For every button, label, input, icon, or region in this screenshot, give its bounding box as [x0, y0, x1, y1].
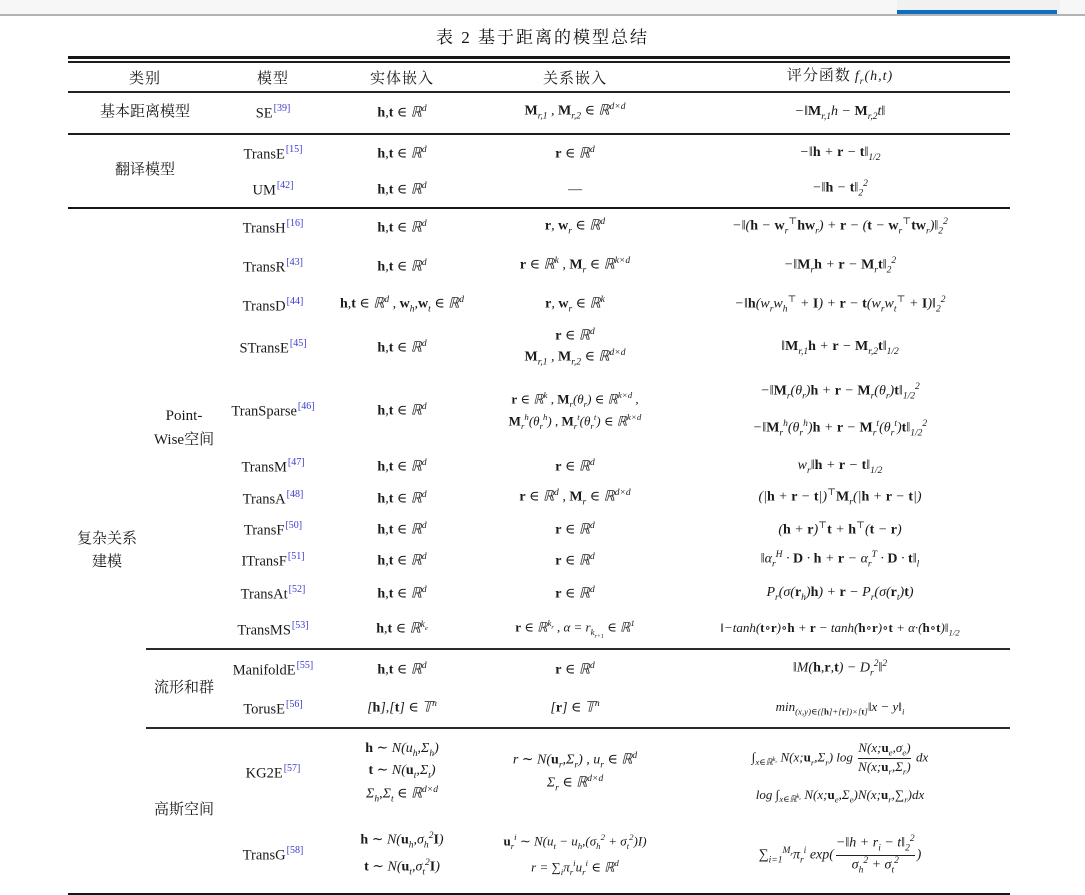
score-function-cell: −‖(h − wr⊤hwr) + r − (t − wr⊤twr)‖22 — [670, 209, 1010, 247]
section-translation: 翻译模型 TransE[15] h,t ∈ ℝd r ∈ ℝd −‖h + r … — [68, 135, 1010, 209]
entity-embedding-cell: h,t ∈ ℝke — [324, 611, 480, 648]
table-row: STransE[45] h,t ∈ ℝd r ∈ ℝd Mr,1 , Mr,2 … — [222, 325, 1010, 371]
category-cell: 基本距离模型 — [68, 93, 222, 133]
formula: Σh,Σt ∈ ℝd×d — [366, 784, 438, 807]
relation-embedding-cell: r ∈ ℝd — [480, 451, 670, 483]
score-function-cell: Pr(σ(rh)h) + r − Pr(σ(rt)t) — [670, 577, 1010, 611]
entity-embedding-cell: h,t ∈ ℝd — [324, 451, 480, 483]
model-name: TranSparse — [231, 404, 297, 420]
table-row: ITransF[51] h,t ∈ ℝd r ∈ ℝd ‖αrH · D · h… — [222, 545, 1010, 577]
entity-embedding-cell: h,t ∈ ℝd — [324, 135, 480, 173]
entity-embedding-cell: h,t ∈ ℝd — [324, 545, 480, 577]
formula: ∑i=1Mrπri exp(−‖h + ri − t‖22σh2 + σt2) — [759, 834, 922, 877]
relation-embedding-cell: r ∈ ℝd — [480, 135, 670, 173]
formula: h,t ∈ ℝd — [377, 218, 426, 239]
formula: r ∈ ℝk , Mr ∈ ℝk×d — [520, 255, 630, 278]
relation-embedding-cell: — — [480, 173, 670, 207]
formula: −‖h + r − t‖1/2 — [799, 143, 880, 166]
table-top-rule — [68, 56, 1010, 59]
model-name: TransD — [243, 299, 286, 315]
model-cell: ManifoldE[55] — [222, 650, 324, 690]
subsection-manifold-group: 流形和群 ManifoldE[55] h,t ∈ ℝd r ∈ ℝd ‖M(h,… — [146, 648, 1010, 727]
score-function-cell: (|h + r − t|)⊤Mr(|h + r − t|) — [670, 483, 1010, 515]
model-cell: TransE[15] — [222, 135, 324, 173]
formula: h,t ∈ ℝd — [377, 551, 426, 572]
table-row: TransF[50] h,t ∈ ℝd r ∈ ℝd (h + r)⊤t + h… — [222, 515, 1010, 545]
formula: Pr(σ(rh)h) + r − Pr(σ(rt)t) — [766, 583, 913, 606]
score-function-cell: −‖h − t‖22 — [670, 173, 1010, 207]
formula: min(x,y)∈([h]+[r])×[t]‖x − y‖i — [776, 698, 905, 718]
table-row: TransH[16] h,t ∈ ℝd r, wr ∈ ℝd −‖(h − wr… — [222, 209, 1010, 247]
model-cell: UM[42] — [222, 173, 324, 207]
relation-embedding-cell: r, wr ∈ ℝk — [480, 287, 670, 325]
relation-embedding-cell: r ∈ ℝd Mr,1 , Mr,2 ∈ ℝd×d — [480, 325, 670, 371]
citation-link[interactable]: [52] — [289, 584, 306, 595]
formula: ‖−tanh(t∘r)∘h + r − tanh(h∘r)∘t + α·(h∘t… — [720, 619, 959, 639]
subcategory-cell: Point- Wise空间 — [146, 209, 222, 648]
formula: h,t ∈ ℝd — [377, 520, 426, 541]
citation-link[interactable]: [56] — [286, 699, 303, 710]
formula: r ∈ ℝk , Mr(θr) ∈ ℝk×d , — [511, 389, 638, 411]
section-complex-relation: 复杂关系 建模 Point- Wise空间 TransH[16] h,t ∈ ℝ… — [68, 209, 1010, 893]
model-name: TransAt — [241, 587, 288, 603]
citation-link[interactable]: [48] — [287, 489, 304, 500]
formula: [r] ∈ 𝕋n — [550, 698, 599, 719]
formula: r ∈ ℝd — [555, 584, 594, 605]
model-name: SE — [256, 106, 273, 122]
table-row: TransG[58] h ∼ N(uh,σh2I) t ∼ N(ut,σt2I)… — [222, 817, 1010, 893]
formula: [h],[t] ∈ 𝕋n — [367, 698, 437, 719]
table-row: TransA[48] h,t ∈ ℝd r ∈ ℝd , Mr ∈ ℝd×d (… — [222, 483, 1010, 515]
entity-embedding-cell: h,t ∈ ℝd , wh,wt ∈ ℝd — [324, 287, 480, 325]
relation-embedding-cell: r ∈ ℝkr , α = rkr+1 ∈ ℝ1 — [480, 611, 670, 648]
formula: h ∼ N(uh,Σh) — [365, 739, 439, 762]
category-cell: 复杂关系 建模 — [68, 209, 146, 893]
score-function-math: fr(h,t) — [855, 69, 893, 84]
table-row: TransR[43] h,t ∈ ℝd r ∈ ℝk , Mr ∈ ℝk×d −… — [222, 247, 1010, 287]
formula: h,t ∈ ℝke — [376, 619, 428, 640]
citation-link[interactable]: [47] — [288, 457, 305, 468]
model-cell: SE[39] — [222, 93, 324, 133]
formula: r ∈ ℝd — [555, 457, 594, 478]
formula: h,t ∈ ℝd — [377, 457, 426, 478]
citation-link[interactable]: [42] — [277, 180, 294, 191]
table-row: ManifoldE[55] h,t ∈ ℝd r ∈ ℝd ‖M(h,r,t) … — [222, 650, 1010, 690]
entity-embedding-cell: [h],[t] ∈ 𝕋n — [324, 690, 480, 727]
model-cell: TorusE[56] — [222, 690, 324, 727]
model-cell: TransA[48] — [222, 483, 324, 515]
score-function-cell: −‖Mr(θr)h + r − Mr(θr)t‖1/22 −‖Mrh(θrh)h… — [670, 371, 1010, 451]
formula: h,t ∈ ℝd — [377, 489, 426, 510]
formula: (|h + r − t|)⊤Mr(|h + r − t|) — [758, 487, 921, 510]
relation-embedding-cell: Mr,1 , Mr,2 ∈ ℝd×d — [480, 93, 670, 133]
formula: ∫x∈ℝke N(x;ur,Σr) log N(x;ue,σe)N(x;ur,Σ… — [752, 740, 928, 777]
formula: ‖αrH · D · h + r − αrT · D · t‖l — [761, 549, 920, 572]
subsection-pointwise: Point- Wise空间 TransH[16] h,t ∈ ℝd r, wr … — [146, 209, 1010, 648]
relation-embedding-cell: r ∈ ℝd — [480, 650, 670, 690]
score-function-cell: −‖Mr,1h − Mr,2t‖ — [670, 93, 1010, 133]
table-caption: 表 2 基于距离的模型总结 — [0, 23, 1085, 48]
model-cell: ITransF[51] — [222, 545, 324, 577]
formula: h,t ∈ ℝd — [377, 257, 426, 278]
formula: — — [568, 180, 582, 200]
formula: r = ∑iπriuri ∈ ℝd — [531, 857, 619, 879]
formula: ‖M(h,r,t) − Dr2‖2 — [793, 658, 887, 681]
score-function-cell: ‖Mr,1h + r − Mr,2t‖1/2 — [670, 325, 1010, 371]
formula: −‖h(wrwh⊤ + I) + r − t(wrwt⊤ + I)‖22 — [735, 294, 946, 317]
browser-toolbar — [0, 0, 1085, 16]
citation-link[interactable]: [50] — [285, 520, 302, 531]
formula: ‖Mr,1h + r − Mr,2t‖1/2 — [781, 337, 899, 360]
relation-embedding-cell: [r] ∈ 𝕋n — [480, 690, 670, 727]
score-function-cell: ‖αrH · D · h + r − αrT · D · t‖l — [670, 545, 1010, 577]
citation-link[interactable]: [46] — [298, 401, 315, 412]
formula: h,t ∈ ℝd — [377, 401, 426, 422]
table-row: TorusE[56] [h],[t] ∈ 𝕋n [r] ∈ 𝕋n min(x,y… — [222, 690, 1010, 727]
formula: r ∈ ℝd — [555, 551, 594, 572]
formula: r ∈ ℝkr , α = rkr+1 ∈ ℝ1 — [515, 617, 635, 641]
subsection-gaussian: 高斯空间 KG2E[57] h ∼ N(uh,Σh) t ∼ N(ut,Σt) … — [146, 727, 1010, 893]
citation-link[interactable]: [16] — [287, 218, 304, 229]
relation-embedding-cell: r ∈ ℝd , Mr ∈ ℝd×d — [480, 483, 670, 515]
model-name: TransG — [243, 848, 286, 864]
score-function-cell: ‖M(h,r,t) − Dr2‖2 — [670, 650, 1010, 690]
model-cell: TransD[44] — [222, 287, 324, 325]
header-relation-embedding: 关系嵌入 — [480, 63, 670, 91]
model-cell: TranSparse[46] — [222, 371, 324, 451]
model-cell: TransAt[52] — [222, 577, 324, 611]
model-name: TorusE — [243, 701, 285, 717]
formula: −‖(h − wr⊤hwr) + r − (t − wr⊤twr)‖22 — [732, 216, 948, 239]
model-name: KG2E — [246, 766, 283, 782]
model-cell: TransG[58] — [222, 817, 324, 893]
score-function-cell: ‖−tanh(t∘r)∘h + r − tanh(h∘r)∘t + α·(h∘t… — [670, 611, 1010, 648]
entity-embedding-cell: h,t ∈ ℝd — [324, 247, 480, 287]
header-category: 类别 — [68, 63, 222, 91]
table-row: UM[42] h,t ∈ ℝd — −‖h − t‖22 — [222, 173, 1010, 207]
formula: r, wr ∈ ℝk — [545, 294, 605, 317]
entity-embedding-cell: h,t ∈ ℝd — [324, 93, 480, 133]
score-function-cell: ∑i=1Mrπri exp(−‖h + ri − t‖22σh2 + σt2) — [670, 817, 1010, 893]
formula: −‖Mr(θr)h + r − Mr(θr)t‖1/22 — [760, 381, 920, 404]
model-cell: TransH[16] — [222, 209, 324, 247]
table-row: TransE[15] h,t ∈ ℝd r ∈ ℝd −‖h + r − t‖1… — [222, 135, 1010, 173]
formula: h,t ∈ ℝd , wh,wt ∈ ℝd — [340, 294, 464, 317]
formula: r ∈ ℝd — [555, 326, 594, 347]
relation-embedding-cell: r ∈ ℝk , Mr(θr) ∈ ℝk×d , Mrh(θrh) , Mrt(… — [480, 371, 670, 451]
model-cell: KG2E[57] — [222, 729, 324, 817]
model-cell: TransM[47] — [222, 451, 324, 483]
model-name: TransA — [243, 492, 286, 508]
formula: Mr,1 , Mr,2 ∈ ℝd×d — [525, 101, 626, 124]
citation-link[interactable]: [55] — [297, 660, 314, 671]
score-function-cell: −‖h + r − t‖1/2 — [670, 135, 1010, 173]
formula: −‖Mr,1h − Mr,2t‖ — [795, 102, 886, 125]
table-header-row: 类别 模型 实体嵌入 关系嵌入 评分函数fr(h,t) — [68, 63, 1010, 93]
formula: −‖h − t‖22 — [812, 178, 868, 201]
model-name: TransM — [241, 460, 286, 476]
formula: r ∼ N(ur,Σr) , ur ∈ ℝd — [513, 750, 637, 773]
formula: Mr,1 , Mr,2 ∈ ℝd×d — [525, 347, 626, 370]
table-row: TranSparse[46] h,t ∈ ℝd r ∈ ℝk , Mr(θr) … — [222, 371, 1010, 451]
formula: r ∈ ℝd — [555, 520, 594, 541]
category-cell: 翻译模型 — [68, 135, 222, 207]
formula: t ∼ N(ut,Σt) — [368, 761, 435, 784]
score-function-cell: (h + r)⊤t + h⊤(t − r) — [670, 515, 1010, 545]
subcategory-cell: 流形和群 — [146, 650, 222, 727]
formula: h ∼ N(uh,σh2I) — [360, 830, 443, 853]
formula: r ∈ ℝd , Mr ∈ ℝd×d — [519, 487, 630, 510]
formula: Mrh(θrh) , Mrt(θrt) ∈ ℝk×d — [509, 411, 642, 433]
active-tab-indicator — [897, 10, 1057, 14]
citation-link[interactable]: [51] — [288, 551, 305, 562]
score-function-cell: min(x,y)∈([h]+[r])×[t]‖x − y‖i — [670, 690, 1010, 727]
relation-embedding-cell: r ∈ ℝd — [480, 577, 670, 611]
model-name: UM — [252, 183, 275, 199]
table-row: TransAt[52] h,t ∈ ℝd r ∈ ℝd Pr(σ(rh)h) +… — [222, 577, 1010, 611]
header-entity-embedding: 实体嵌入 — [324, 63, 480, 91]
entity-embedding-cell: h,t ∈ ℝd — [324, 483, 480, 515]
model-cell: TransR[43] — [222, 247, 324, 287]
entity-embedding-cell: h ∼ N(uh,σh2I) t ∼ N(ut,σt2I) — [324, 817, 480, 893]
citation-link[interactable]: [43] — [286, 257, 303, 268]
citation-link[interactable]: [58] — [287, 845, 304, 856]
formula: h,t ∈ ℝd — [377, 584, 426, 605]
relation-embedding-cell: r, wr ∈ ℝd — [480, 209, 670, 247]
formula: t ∼ N(ut,σt2I) — [364, 857, 440, 880]
table-row: KG2E[57] h ∼ N(uh,Σh) t ∼ N(ut,Σt) Σh,Σt… — [222, 729, 1010, 817]
score-function-cell: ∫x∈ℝke N(x;ur,Σr) log N(x;ue,σe)N(x;ur,Σ… — [670, 729, 1010, 817]
citation-link[interactable]: [39] — [274, 103, 291, 114]
formula: h,t ∈ ℝd — [377, 103, 426, 124]
formula: h,t ∈ ℝd — [377, 180, 426, 201]
table-row: TransMS[53] h,t ∈ ℝke r ∈ ℝkr , α = rkr+… — [222, 611, 1010, 648]
entity-embedding-cell: h,t ∈ ℝd — [324, 650, 480, 690]
section-basic-distance: 基本距离模型 SE[39] h,t ∈ ℝd Mr,1 , Mr,2 ∈ ℝd×… — [68, 93, 1010, 135]
model-name: TransE — [243, 147, 284, 163]
entity-embedding-cell: h,t ∈ ℝd — [324, 371, 480, 451]
formula: h,t ∈ ℝd — [377, 144, 426, 165]
table-row: TransM[47] h,t ∈ ℝd r ∈ ℝd wr‖h + r − t‖… — [222, 451, 1010, 483]
model-cell: TransF[50] — [222, 515, 324, 545]
formula: r ∈ ℝd — [555, 144, 594, 165]
formula: −‖Mrh + r − Mrt‖22 — [784, 255, 896, 278]
model-cell: TransMS[53] — [222, 611, 324, 648]
relation-embedding-cell: uri ∼ N(ut − uh,(σh2 + σt2)I) r = ∑iπriu… — [480, 817, 670, 893]
citation-link[interactable]: [15] — [286, 144, 303, 155]
summary-table: 类别 模型 实体嵌入 关系嵌入 评分函数fr(h,t) 基本距离模型 SE[39… — [68, 56, 1010, 895]
entity-embedding-cell: h ∼ N(uh,Σh) t ∼ N(ut,Σt) Σh,Σt ∈ ℝd×d — [324, 729, 480, 817]
entity-embedding-cell: h,t ∈ ℝd — [324, 209, 480, 247]
relation-embedding-cell: r ∼ N(ur,Σr) , ur ∈ ℝd Σr ∈ ℝd×d — [480, 729, 670, 817]
formula: Σr ∈ ℝd×d — [547, 773, 603, 796]
model-name: TransH — [243, 221, 286, 237]
score-function-cell: −‖Mrh + r − Mrt‖22 — [670, 247, 1010, 287]
model-cell: STransE[45] — [222, 325, 324, 371]
model-name: ManifoldE — [233, 663, 296, 679]
relation-embedding-cell: r ∈ ℝd — [480, 545, 670, 577]
table-row: SE[39] h,t ∈ ℝd Mr,1 , Mr,2 ∈ ℝd×d −‖Mr,… — [222, 93, 1010, 133]
entity-embedding-cell: h,t ∈ ℝd — [324, 325, 480, 371]
formula: r, wr ∈ ℝd — [545, 216, 605, 239]
model-name: STransE — [239, 341, 288, 357]
relation-embedding-cell: r ∈ ℝk , Mr ∈ ℝk×d — [480, 247, 670, 287]
formula: uri ∼ N(ut − uh,(σh2 + σt2)I) — [503, 831, 646, 853]
model-name: TransMS — [237, 622, 290, 638]
entity-embedding-cell: h,t ∈ ℝd — [324, 515, 480, 545]
model-name: TransR — [243, 260, 285, 276]
model-name: TransF — [244, 523, 285, 539]
formula: r ∈ ℝd — [555, 660, 594, 681]
document-page: 表 2 基于距离的模型总结 类别 模型 实体嵌入 关系嵌入 评分函数fr(h,t… — [0, 0, 1085, 895]
citation-link[interactable]: [45] — [290, 338, 307, 349]
citation-link[interactable]: [44] — [287, 296, 304, 307]
citation-link[interactable]: [53] — [292, 620, 309, 631]
formula: wr‖h + r − t‖1/2 — [798, 456, 883, 479]
entity-embedding-cell: h,t ∈ ℝd — [324, 577, 480, 611]
formula: log ∫x∈ℝke N(x;ue,Σe)N(x;ur,∑r)dx — [756, 786, 924, 806]
entity-embedding-cell: h,t ∈ ℝd — [324, 173, 480, 207]
citation-link[interactable]: [57] — [284, 763, 301, 774]
score-function-cell: wr‖h + r − t‖1/2 — [670, 451, 1010, 483]
model-name: ITransF — [241, 554, 286, 570]
header-model: 模型 — [222, 63, 324, 91]
formula: −‖Mrh(θrh)h + r − Mrt(θrt)t‖1/22 — [753, 418, 927, 441]
formula: (h + r)⊤t + h⊤(t − r) — [778, 520, 901, 541]
table-row: TransD[44] h,t ∈ ℝd , wh,wt ∈ ℝd r, wr ∈… — [222, 287, 1010, 325]
header-score-function: 评分函数fr(h,t) — [670, 63, 1010, 91]
subcategory-cell: 高斯空间 — [146, 729, 222, 893]
score-function-cell: −‖h(wrwh⊤ + I) + r − t(wrwt⊤ + I)‖22 — [670, 287, 1010, 325]
formula: h,t ∈ ℝd — [377, 338, 426, 359]
relation-embedding-cell: r ∈ ℝd — [480, 515, 670, 545]
formula: h,t ∈ ℝd — [377, 660, 426, 681]
